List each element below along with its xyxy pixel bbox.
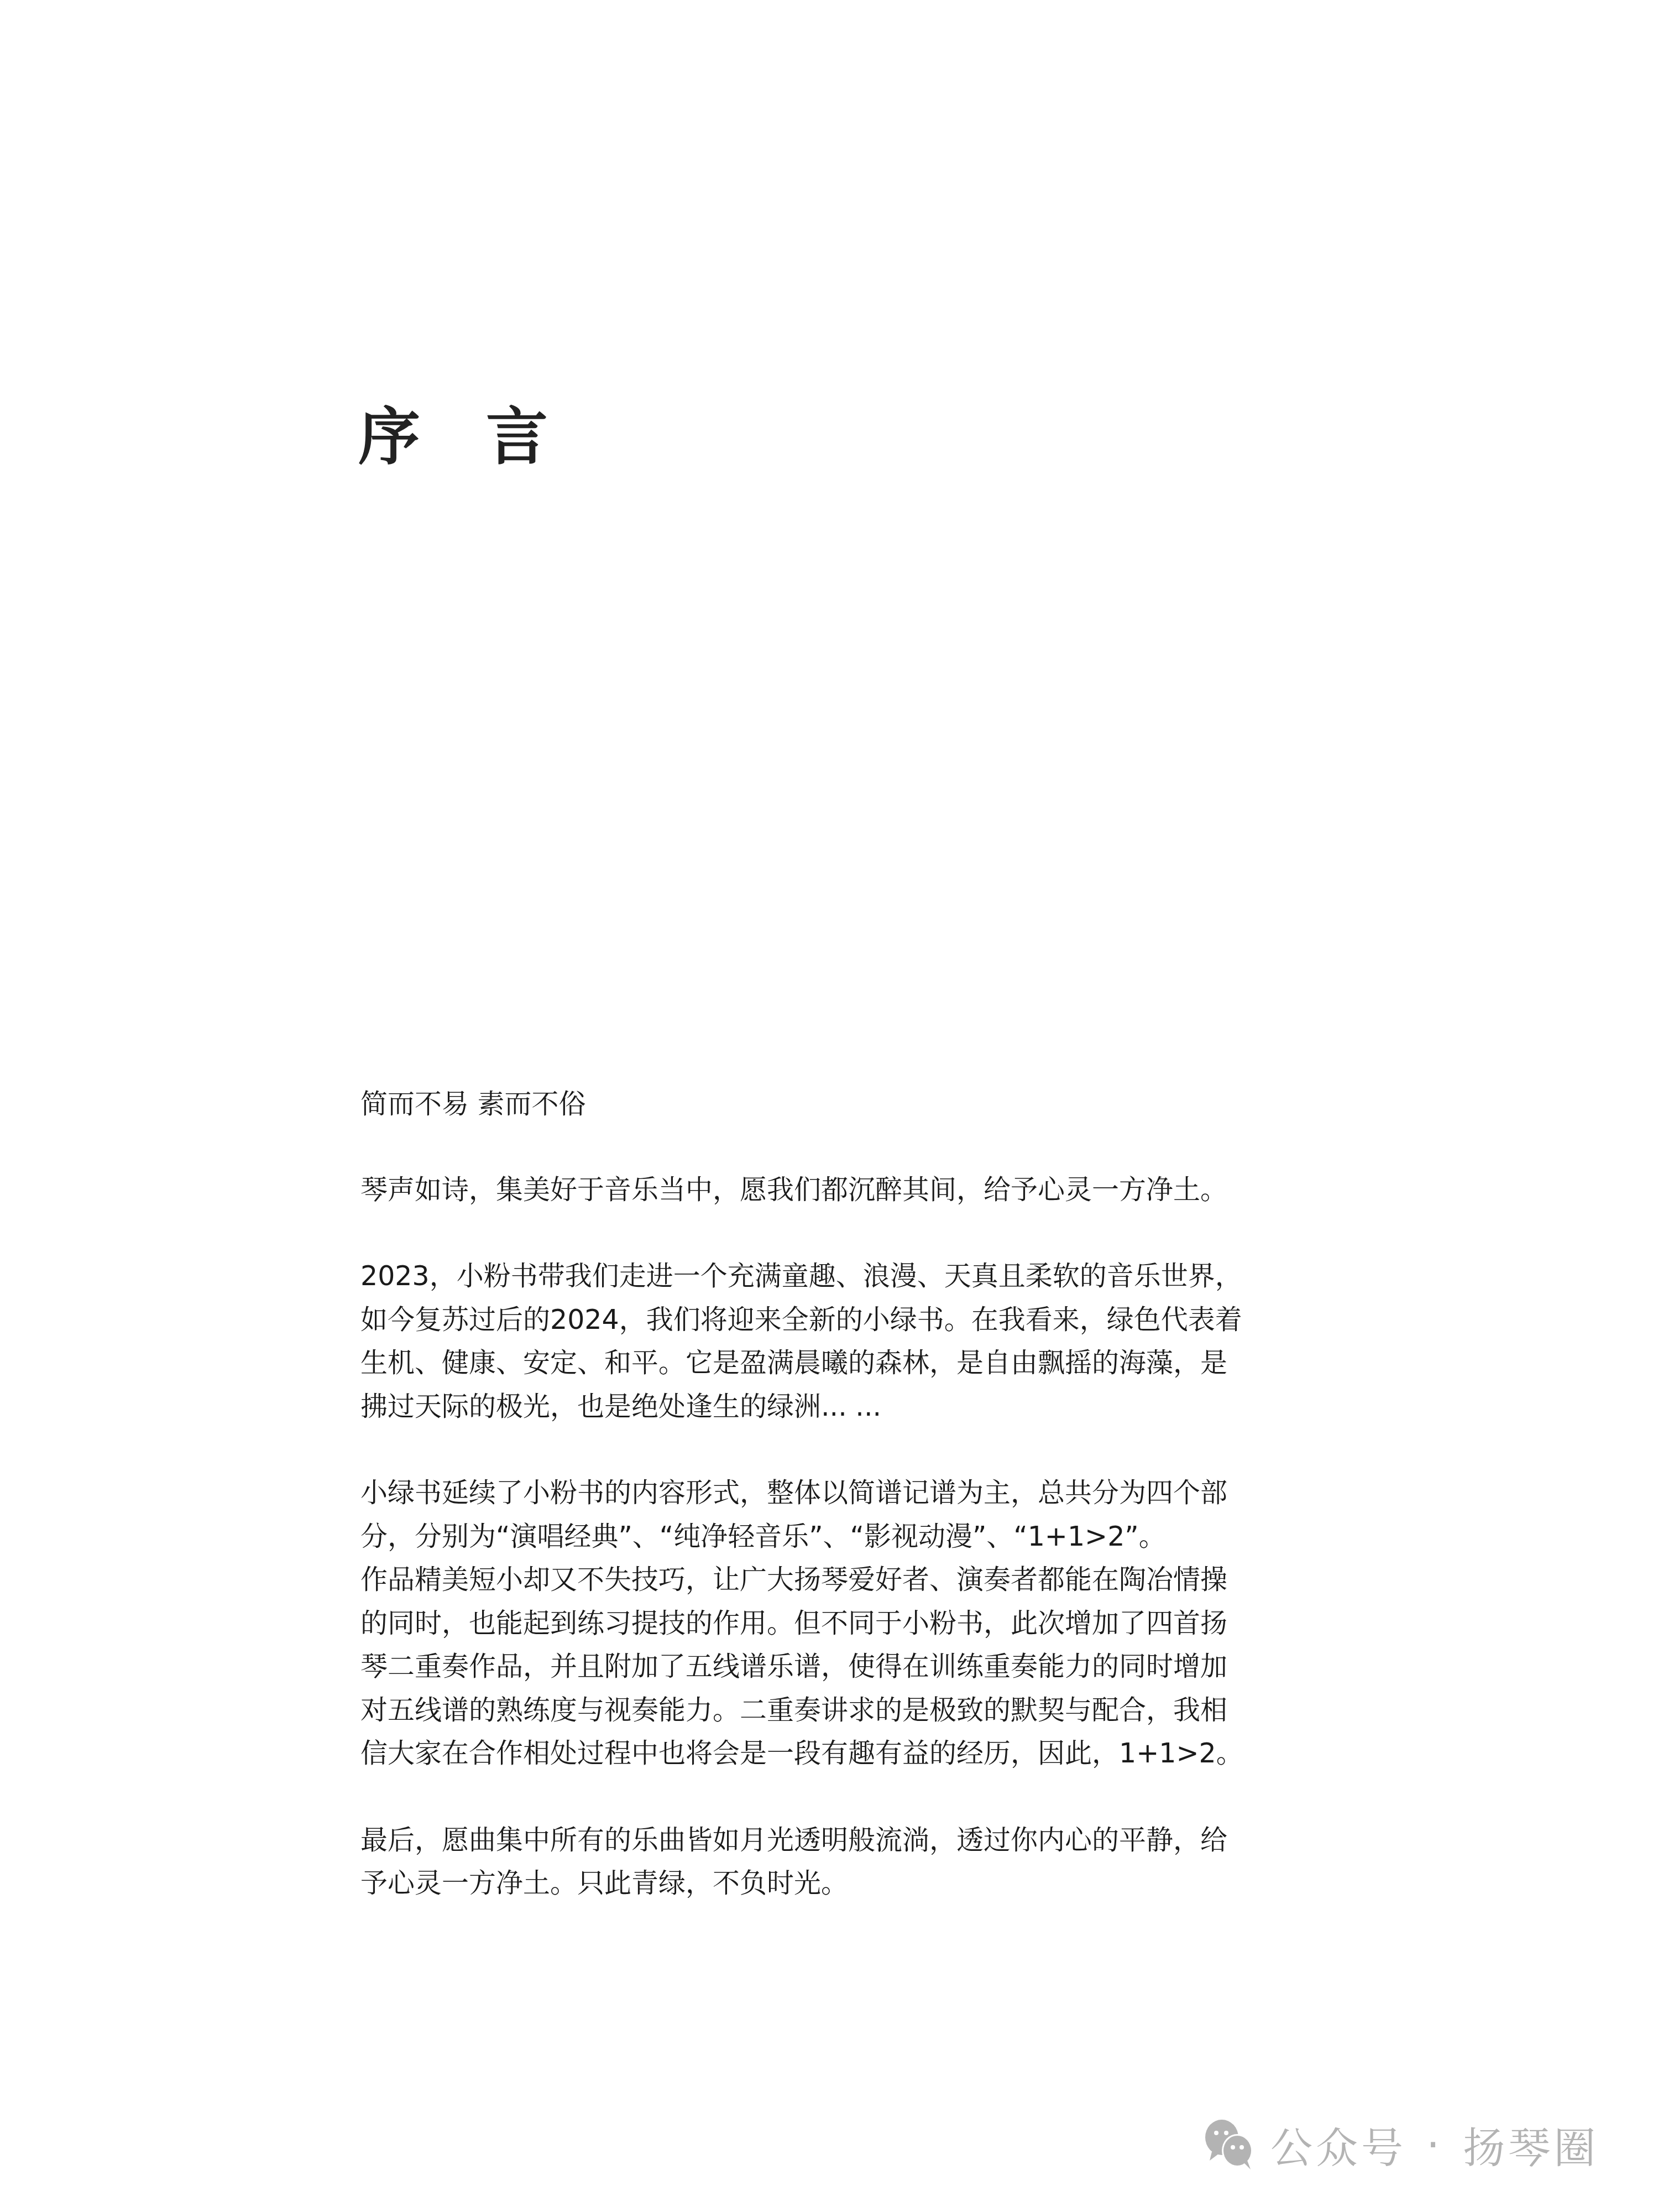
closing-paragraph: 最后，愿曲集中所有的乐曲皆如月光透明般流淌，透过你内心的平静，给 予心灵一方净土… xyxy=(360,1819,1311,1906)
tagline-paragraph: 简而不易 素而不俗 xyxy=(360,1083,1311,1126)
preface-body: 简而不易 素而不俗 琴声如诗，集美好于音乐当中，愿我们都沉醉其间，给予心灵一方净… xyxy=(360,1083,1311,1949)
wechat-icon xyxy=(1200,2114,1261,2175)
watermark-account: 扬琴圈 xyxy=(1463,2115,1599,2175)
content-paragraph: 小绿书延续了小粉书的内容形式，整体以简谱记谱为主，总共分为四个部 分，分别为“演… xyxy=(360,1472,1311,1776)
background-paragraph: 2023，小粉书带我们走进一个充满童趣、浪漫、天真且柔软的音乐世界， 如今复苏过… xyxy=(360,1255,1311,1428)
wechat-watermark: 公众号 · 扬琴圈 xyxy=(1200,2111,1599,2178)
page-title: 序 言 xyxy=(358,406,570,468)
intro-paragraph: 琴声如诗，集美好于音乐当中，愿我们都沉醉其间，给予心灵一方净土。 xyxy=(360,1168,1311,1212)
watermark-label: 公众号 xyxy=(1270,2115,1406,2175)
watermark-separator: · xyxy=(1426,2120,1443,2169)
